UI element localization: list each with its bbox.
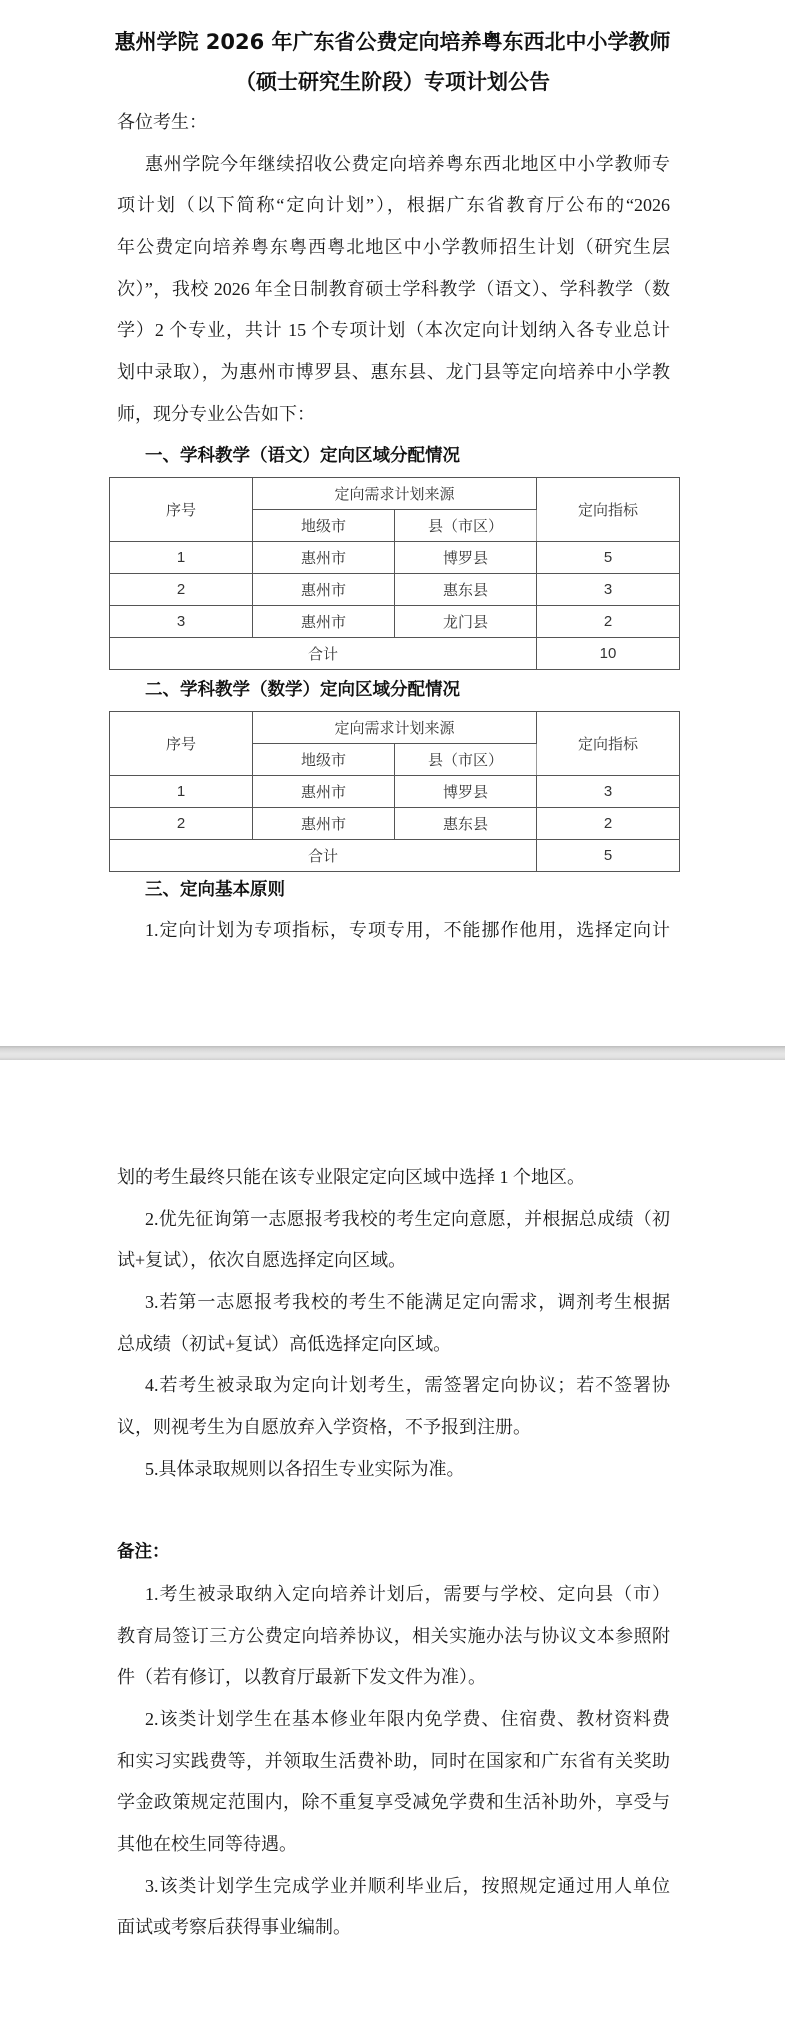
document-page-1: 惠州学院 2026 年广东省公费定向培养粤东西北中小学教师 （硕士研究生阶段）专… (0, 0, 785, 1046)
document-title: 惠州学院 2026 年广东省公费定向培养粤东西北中小学教师 （硕士研究生阶段）专… (0, 22, 785, 102)
note-line: 2.该类计划学生在基本修业年限内免学费、住宿费、教材资料费 (117, 1699, 670, 1741)
principle-line: 划的考生最终只能在该专业限定定向区域中选择 1 个地区。 (117, 1157, 670, 1199)
section-heading-chinese: 一、学科教学（语文）定向区域分配情况 (117, 436, 670, 478)
page-2-body: 划的考生最终只能在该专业限定定向区域中选择 1 个地区。 2.优先征询第一志愿报… (117, 1157, 670, 1949)
principle-line: 2.优先征询第一志愿报考我校的考生定向意愿，并根据总成绩（初 (117, 1199, 670, 1241)
table-row: 2 惠州市 惠东县 2 (110, 808, 680, 840)
header-quota: 定向指标 (537, 478, 680, 542)
principle-line: 1.定向计划为专项指标，专项专用，不能挪作他用，选择定向计 (117, 910, 670, 952)
cell-city: 惠州市 (253, 542, 395, 574)
table-header-row: 序号 定向需求计划来源 定向指标 (110, 478, 680, 510)
cell-quota: 3 (537, 574, 680, 606)
note-line: 件（若有修订，以教育厅最新下发文件为准）。 (117, 1657, 670, 1699)
header-index: 序号 (110, 712, 253, 776)
cell-county: 惠东县 (395, 808, 537, 840)
cell-index: 1 (110, 776, 253, 808)
allocation-table-math: 序号 定向需求计划来源 定向指标 地级市 县（市区） 1 惠州市 博罗县 3 2… (109, 711, 680, 872)
cell-city: 惠州市 (253, 808, 395, 840)
cell-county: 龙门县 (395, 606, 537, 638)
intro-line: 师，现分专业公告如下： (117, 394, 670, 436)
table-total-row: 合计 5 (110, 840, 680, 872)
table-header-row: 序号 定向需求计划来源 定向指标 (110, 712, 680, 744)
cell-index: 2 (110, 808, 253, 840)
cell-quota: 2 (537, 606, 680, 638)
cell-city: 惠州市 (253, 606, 395, 638)
note-line: 其他在校生同等待遇。 (117, 1824, 670, 1866)
section-heading-block-math: 二、学科教学（数学）定向区域分配情况 (117, 670, 670, 710)
document-page-2: 划的考生最终只能在该专业限定定向区域中选择 1 个地区。 2.优先征询第一志愿报… (0, 1060, 785, 2023)
header-city: 地级市 (253, 744, 395, 776)
cell-quota: 5 (537, 542, 680, 574)
page-break (0, 1046, 785, 1060)
intro-line: 年公费定向培养粤东粤西粤北地区中小学教师招生计划（研究生层 (117, 227, 670, 269)
blank-line (117, 1491, 670, 1533)
principle-line: 试+复试），依次自愿选择定向区域。 (117, 1240, 670, 1282)
note-line: 学金政策规定范围内，除不重复享受减免学费和生活补助外，享受与 (117, 1782, 670, 1824)
principles-block-page-1: 三、定向基本原则 1.定向计划为专项指标，专项专用，不能挪作他用，选择定向计 (117, 870, 670, 952)
intro-line: 惠州学院今年继续招收公费定向培养粤东西北地区中小学教师专 (117, 144, 670, 186)
cell-city: 惠州市 (253, 574, 395, 606)
cell-city: 惠州市 (253, 776, 395, 808)
cell-index: 2 (110, 574, 253, 606)
principle-line: 3.若第一志愿报考我校的考生不能满足定向需求，调剂考生根据 (117, 1282, 670, 1324)
header-source-group: 定向需求计划来源 (253, 478, 537, 510)
principle-line: 总成绩（初试+复试）高低选择定向区域。 (117, 1324, 670, 1366)
cell-quota: 3 (537, 776, 680, 808)
note-line: 1.考生被录取纳入定向培养计划后，需要与学校、定向县（市） (117, 1574, 670, 1616)
intro-line: 学）2 个专业，共计 15 个专项计划（本次定向计划纳入各专业总计 (117, 310, 670, 352)
total-label: 合计 (110, 638, 537, 670)
cell-county: 博罗县 (395, 776, 537, 808)
header-city: 地级市 (253, 510, 395, 542)
note-line: 教育局签订三方公费定向培养协议，相关实施办法与协议文本参照附 (117, 1616, 670, 1658)
principle-line: 议，则视考生为自愿放弃入学资格，不予报到注册。 (117, 1407, 670, 1449)
note-line: 和实习实践费等，并领取生活费补助，同时在国家和广东省有关奖助 (117, 1741, 670, 1783)
total-value: 10 (537, 638, 680, 670)
intro-line: 次）”，我校 2026 年全日制教育硕士学科教学（语文）、学科教学（数 (117, 269, 670, 311)
cell-county: 惠东县 (395, 574, 537, 606)
note-line: 面试或考察后获得事业编制。 (117, 1907, 670, 1949)
section-heading-math: 二、学科教学（数学）定向区域分配情况 (117, 670, 670, 710)
header-source-group: 定向需求计划来源 (253, 712, 537, 744)
section-heading-principles: 三、定向基本原则 (117, 870, 670, 910)
total-label: 合计 (110, 840, 537, 872)
table-row: 3 惠州市 龙门县 2 (110, 606, 680, 638)
table-row: 1 惠州市 博罗县 5 (110, 542, 680, 574)
header-index: 序号 (110, 478, 253, 542)
intro-line: 项计划（以下简称“定向计划”），根据广东省教育厅公布的“2026 (117, 185, 670, 227)
cell-index: 3 (110, 606, 253, 638)
header-county: 县（市区） (395, 510, 537, 542)
cell-index: 1 (110, 542, 253, 574)
allocation-table-chinese: 序号 定向需求计划来源 定向指标 地级市 县（市区） 1 惠州市 博罗县 5 2… (109, 477, 680, 670)
table-total-row: 合计 10 (110, 638, 680, 670)
cell-county: 博罗县 (395, 542, 537, 574)
header-quota: 定向指标 (537, 712, 680, 776)
cell-quota: 2 (537, 808, 680, 840)
header-county: 县（市区） (395, 744, 537, 776)
intro-block: 各位考生： 惠州学院今年继续招收公费定向培养粤东西北地区中小学教师专 项计划（以… (117, 102, 670, 477)
table-row: 1 惠州市 博罗县 3 (110, 776, 680, 808)
table-row: 2 惠州市 惠东县 3 (110, 574, 680, 606)
greeting: 各位考生： (117, 102, 670, 144)
notes-heading: 备注： (117, 1532, 670, 1574)
principle-line: 5.具体录取规则以各招生专业实际为准。 (117, 1449, 670, 1491)
note-line: 3.该类计划学生完成学业并顺利毕业后，按照规定通过用人单位 (117, 1866, 670, 1908)
intro-line: 划中录取），为惠州市博罗县、惠东县、龙门县等定向培养中小学教 (117, 352, 670, 394)
intro-paragraph: 惠州学院今年继续招收公费定向培养粤东西北地区中小学教师专 项计划（以下简称“定向… (117, 144, 670, 436)
total-value: 5 (537, 840, 680, 872)
principle-line: 4.若考生被录取为定向计划考生，需签署定向协议；若不签署协 (117, 1365, 670, 1407)
title-line-1: 惠州学院 2026 年广东省公费定向培养粤东西北中小学教师 (0, 22, 785, 62)
title-line-2: （硕士研究生阶段）专项计划公告 (0, 62, 785, 102)
